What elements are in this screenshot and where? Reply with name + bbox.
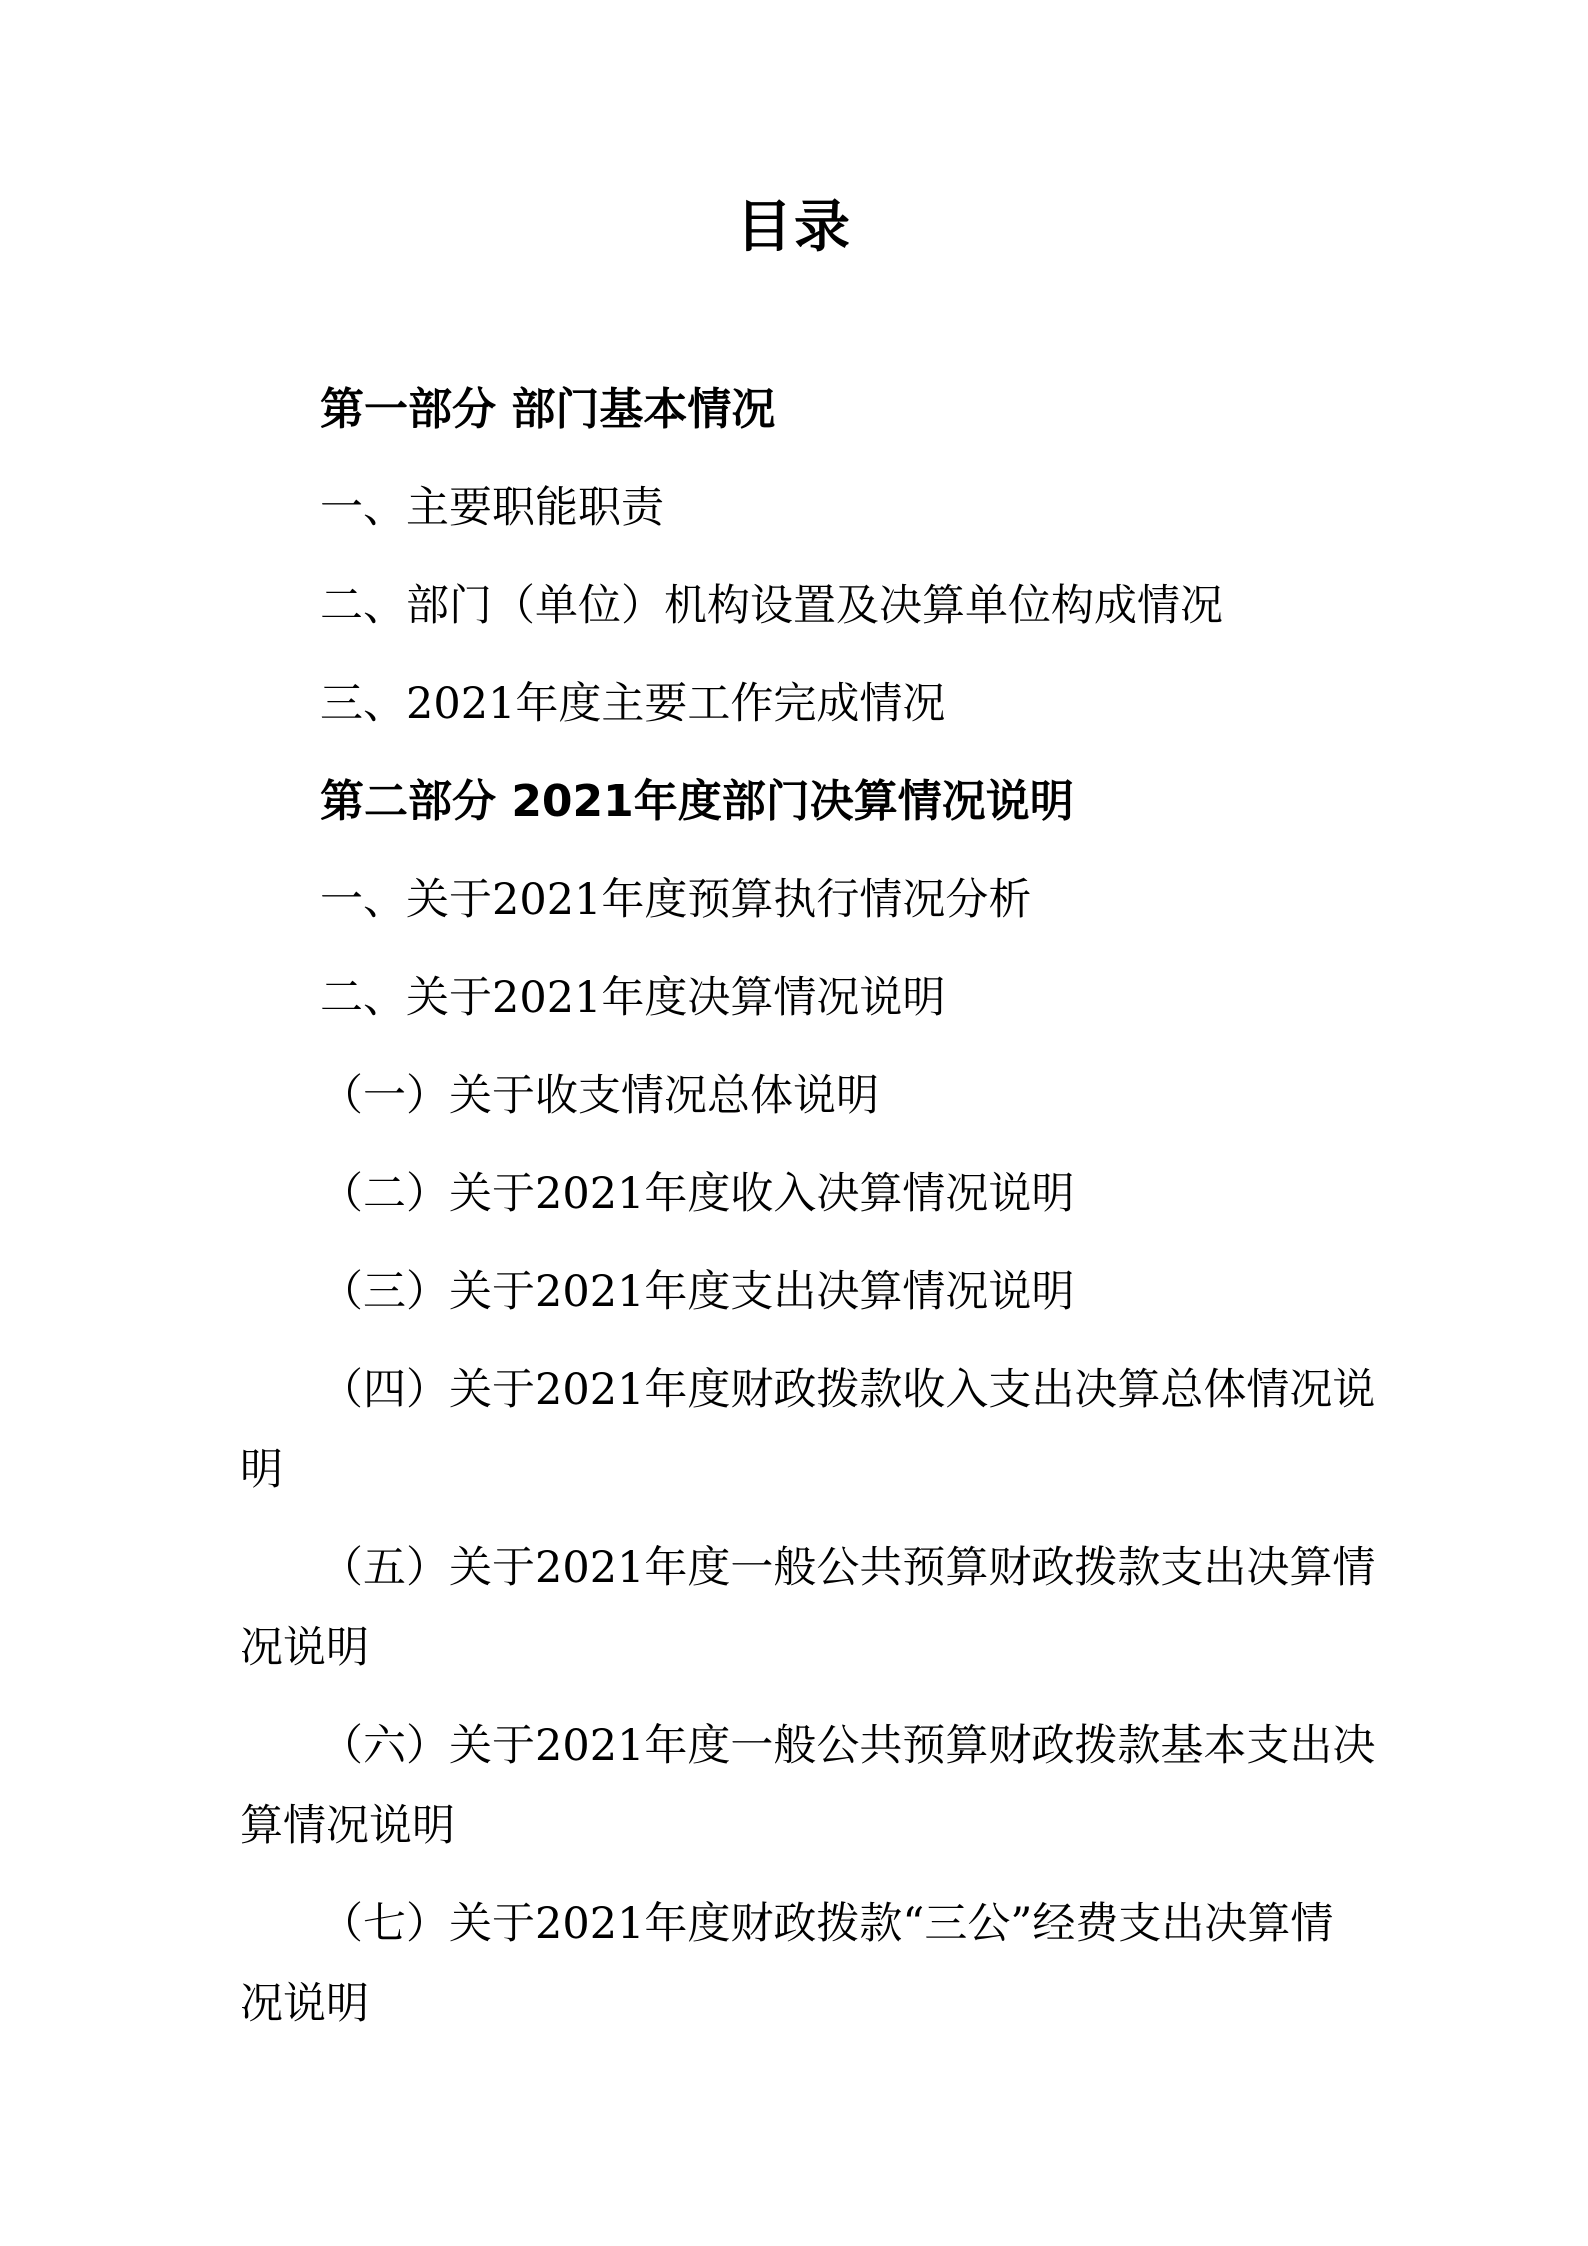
document-page: 目录 第一部分 部门基本情况 一、主要职能职责 二、部门（单位）机构设置及决算单…: [0, 0, 1588, 2246]
toc-entry-continuation: 况说明: [240, 1608, 1348, 1688]
toc-entry-continuation: 明: [240, 1430, 1348, 1510]
toc-entry: 一、关于2021年度预算执行情况分析: [240, 860, 1348, 940]
table-of-contents: 第一部分 部门基本情况 一、主要职能职责 二、部门（单位）机构设置及决算单位构成…: [0, 370, 1588, 2044]
toc-entry: （二）关于2021年度收入决算情况说明: [240, 1154, 1348, 1234]
toc-entry: （七）关于2021年度财政拨款“三公”经费支出决算情: [240, 1884, 1348, 1964]
toc-entry: 二、关于2021年度决算情况说明: [240, 958, 1348, 1038]
toc-entry: （六）关于2021年度一般公共预算财政拨款基本支出决: [240, 1706, 1348, 1786]
page-title: 目录: [0, 195, 1588, 259]
toc-entry: 一、主要职能职责: [240, 468, 1348, 548]
toc-entry: （四）关于2021年度财政拨款收入支出决算总体情况说: [240, 1350, 1348, 1430]
section-heading: 第一部分 部门基本情况: [240, 370, 1348, 450]
toc-entry: （三）关于2021年度支出决算情况说明: [240, 1252, 1348, 1332]
toc-entry-continuation: 算情况说明: [240, 1786, 1348, 1866]
toc-entry: （五）关于2021年度一般公共预算财政拨款支出决算情: [240, 1528, 1348, 1608]
toc-entry: 三、2021年度主要工作完成情况: [240, 664, 1348, 744]
toc-entry: 二、部门（单位）机构设置及决算单位构成情况: [240, 566, 1348, 646]
section-heading: 第二部分 2021年度部门决算情况说明: [240, 762, 1348, 842]
toc-entry-continuation: 况说明: [240, 1964, 1348, 2044]
toc-entry: （一）关于收支情况总体说明: [240, 1056, 1348, 1136]
